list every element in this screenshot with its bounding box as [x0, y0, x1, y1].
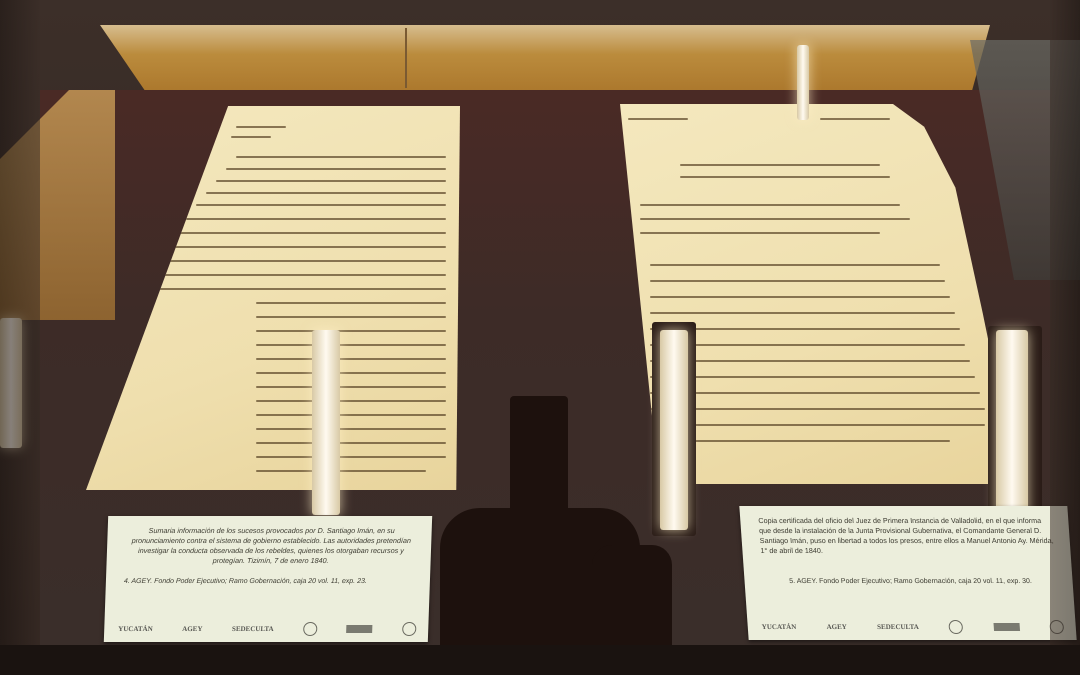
- placard-description: Copia certificada del oficio del Juez de…: [758, 516, 1057, 556]
- congress-logo: [993, 623, 1020, 631]
- person-silhouette-reflection: [510, 396, 568, 516]
- congress-logo: [347, 625, 373, 633]
- museum-display-scene: Sumaria información de los sucesos provo…: [0, 0, 1080, 675]
- light-reflection: [996, 330, 1028, 525]
- placard-reference: 4. AGEY. Fondo Poder Ejecutivo; Ramo Gob…: [124, 578, 416, 585]
- light-reflection: [312, 330, 340, 515]
- circle-logo-icon: [402, 622, 416, 636]
- seal-icon: [303, 622, 317, 636]
- sedeculta-logo: SEDECULTA: [232, 625, 274, 633]
- placard-reference: 5. AGEY. Fondo Poder Ejecutivo; Ramo Gob…: [762, 578, 1058, 585]
- sedeculta-logo: SEDECULTA: [877, 623, 919, 631]
- ceiling-reflection: [100, 25, 990, 90]
- agey-logo: AGEY: [826, 623, 847, 631]
- case-frame-right: [1050, 0, 1080, 675]
- placard-description: Sumaria información de los sucesos provo…: [124, 526, 417, 566]
- light-reflection: [660, 330, 688, 530]
- yucatan-logo: YUCATÁN: [118, 625, 153, 633]
- light-reflection: [797, 45, 809, 120]
- yucatan-logo: YUCATÁN: [761, 623, 796, 631]
- reflection-seam: [405, 28, 407, 88]
- seal-icon: [949, 620, 964, 634]
- info-placard-right: Copia certificada del oficio del Juez de…: [739, 506, 1076, 640]
- sponsor-logos: YUCATÁN AGEY SEDECULTA: [118, 622, 416, 636]
- agey-logo: AGEY: [182, 625, 203, 633]
- sponsor-logos: YUCATÁN AGEY SEDECULTA: [761, 620, 1064, 634]
- case-frame-left: [0, 0, 40, 675]
- person-silhouette-reflection: [592, 545, 672, 648]
- case-bottom-edge: [0, 645, 1080, 675]
- info-placard-left: Sumaria información de los sucesos provo…: [104, 516, 432, 642]
